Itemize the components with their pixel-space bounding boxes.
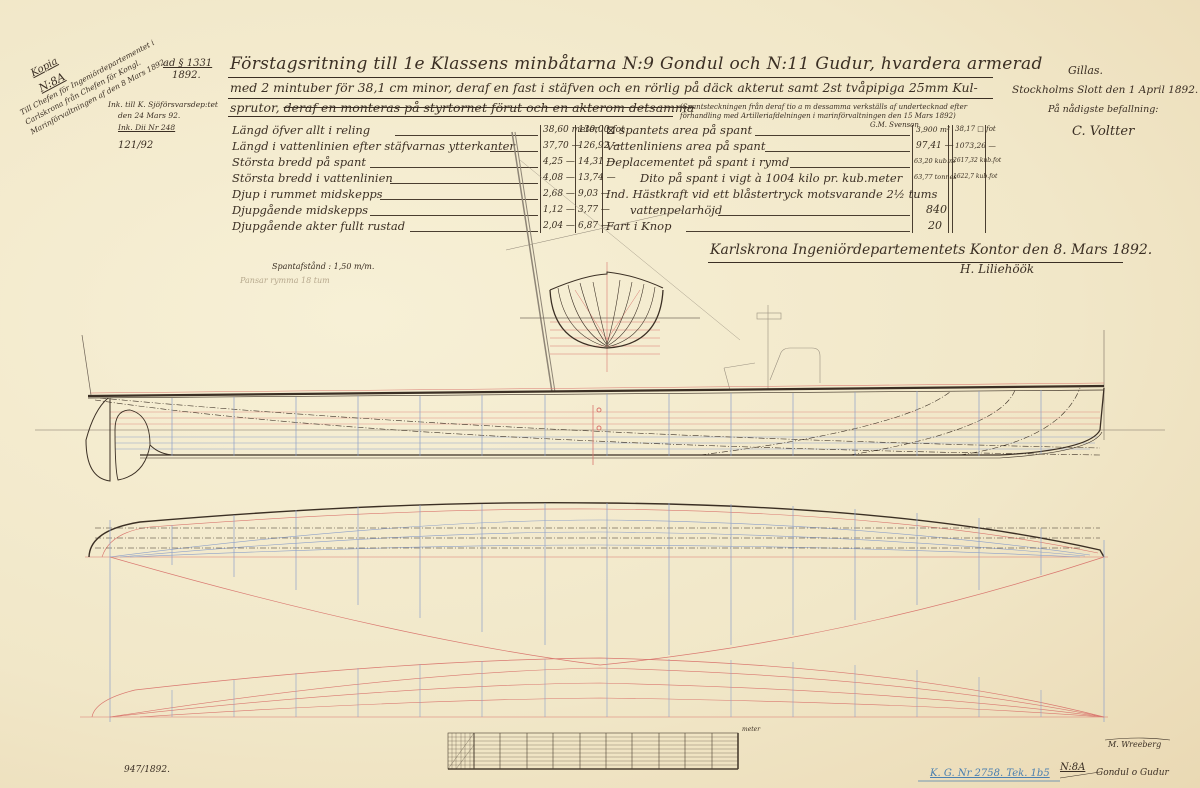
archive-stamp: K. G. Nr 2758. Tek. 1b5 xyxy=(930,768,1050,779)
archive-ship-names: Gondul o Gudur xyxy=(1096,768,1169,778)
archive-signature: M. Wreeberg xyxy=(1108,740,1161,749)
deckhouse xyxy=(724,305,820,390)
archive-number: N:8A xyxy=(1060,762,1085,773)
half-breadth-plan xyxy=(85,503,1108,722)
scale-bar xyxy=(448,733,738,769)
mast xyxy=(506,132,740,392)
bottom-reference: 947/1892. xyxy=(124,765,170,775)
diagonals-plan xyxy=(80,658,1108,717)
hull-lines-drawing xyxy=(0,0,1200,788)
scale-bar-unit: meter xyxy=(742,726,760,733)
profile-plan xyxy=(82,335,1104,481)
